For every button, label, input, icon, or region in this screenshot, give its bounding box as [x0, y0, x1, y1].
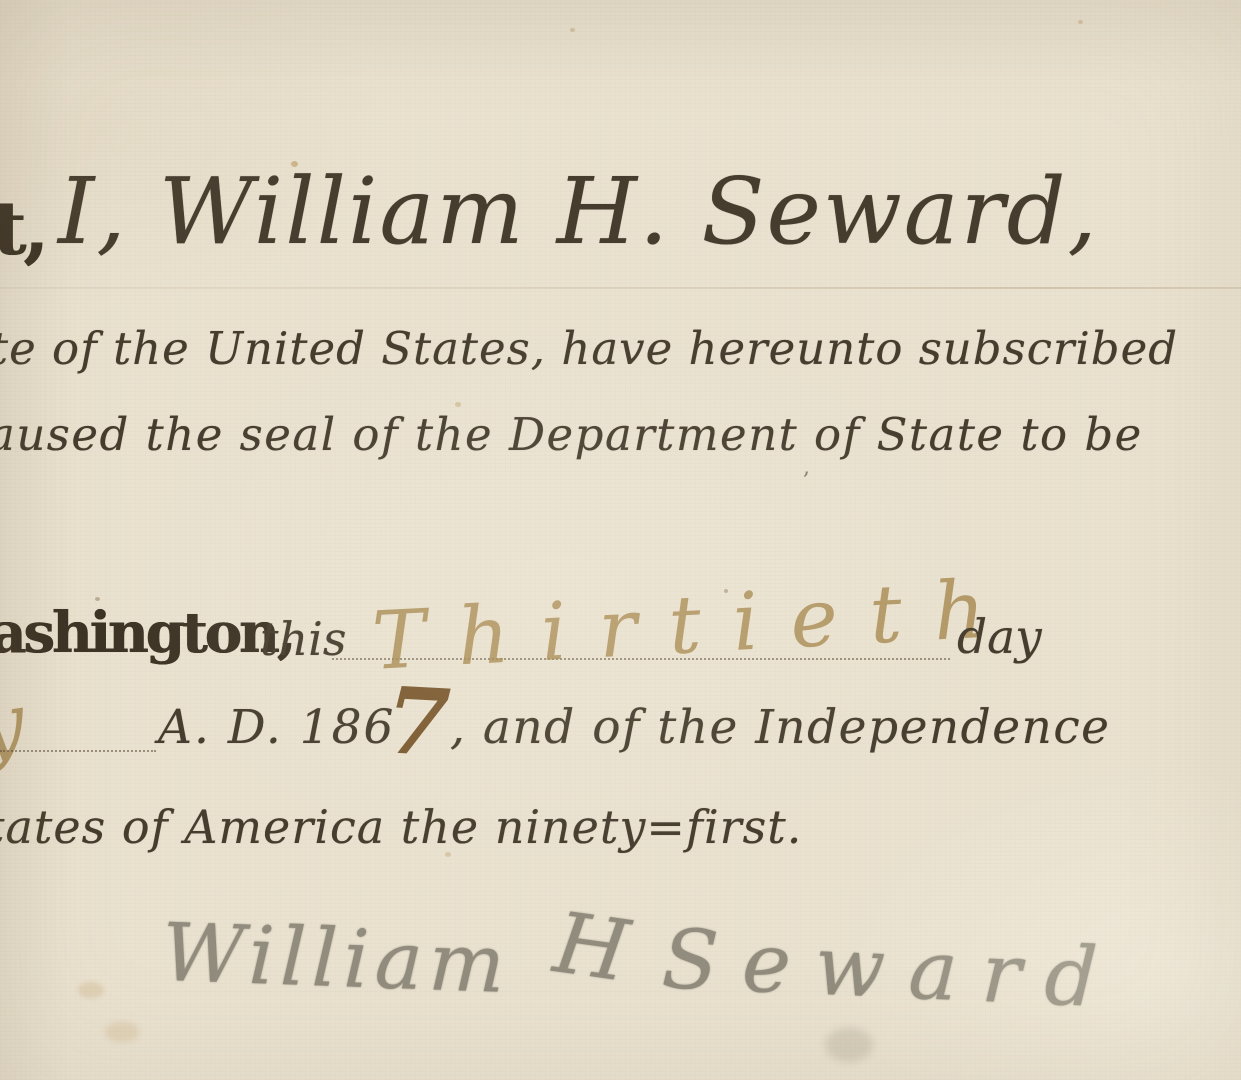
certificate-line-3: aused the seal of the Department of Stat…: [0, 408, 1143, 461]
stray-pen-mark: ,: [803, 455, 810, 480]
paper-crease: [0, 287, 1241, 289]
signature-middle-initial: H: [549, 893, 635, 1000]
anno-domini-label: A. D. 186: [158, 700, 395, 755]
certificate-document: t, I, William H. Seward, te of the Unite…: [0, 0, 1241, 1080]
washington-fragment: ashington,: [0, 600, 293, 666]
signature-first-name: William: [160, 906, 512, 1011]
secretary-name-line: I, William H. Seward,: [58, 158, 1099, 265]
fox-stain: [105, 1022, 139, 1042]
fox-spot: [570, 28, 575, 32]
signature-last-name: Seward: [660, 912, 1123, 1027]
handwritten-month-tail: y: [0, 675, 31, 776]
fox-stain: [78, 982, 104, 998]
blackletter-word-fragment: t,: [0, 186, 46, 272]
certificate-line-2: te of the United States, have hereunto s…: [0, 322, 1178, 375]
ink-smudge: [825, 1028, 873, 1062]
month-fill-in-rule: [0, 750, 156, 752]
handwritten-year-digit: 7: [383, 666, 453, 777]
day-label: day: [957, 610, 1042, 665]
handwritten-thirtieth: Thirtieth: [370, 561, 1019, 688]
fox-spot: [455, 402, 461, 407]
independence-text: , and of the Independence: [450, 700, 1110, 755]
fox-spot: [1078, 20, 1083, 24]
certificate-line-6: tates of America the ninety=first.: [0, 800, 802, 854]
